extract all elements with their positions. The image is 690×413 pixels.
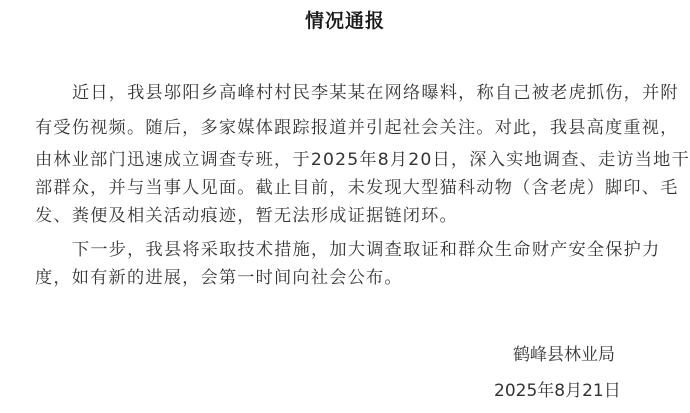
document-title: 情况通报 <box>0 6 690 33</box>
paragraph-line: 度，如有新的进展，会第一时间向社会公布。 <box>35 263 625 288</box>
paragraph-line: 由林业部门迅速成立调查专班，于2025年8月20日，深入实地调查、走访当地干 <box>35 145 625 170</box>
paragraph-line: 近日，我县邬阳乡高峰村村民李某某在网络曝料，称自己被老虎抓伤，并附 <box>72 78 662 103</box>
paragraph-line: 有受伤视频。随后，多家媒体跟踪报道并引起社会关注。对此，我县高度重视， <box>35 113 625 138</box>
issue-date: 2025年8月21日 <box>494 376 621 401</box>
issuer-name: 鹤峰县林业局 <box>513 340 615 365</box>
paragraph-line: 部群众，并与当事人见面。截止目前，未发现大型猫科动物（含老虎）脚印、毛 <box>35 173 625 198</box>
paragraph-line: 下一步，我县将采取技术措施，加大调查取证和群众生命财产安全保护力 <box>72 235 662 260</box>
paragraph-line: 发、粪便及相关活动痕迹，暂无法形成证据链闭环。 <box>35 201 625 226</box>
